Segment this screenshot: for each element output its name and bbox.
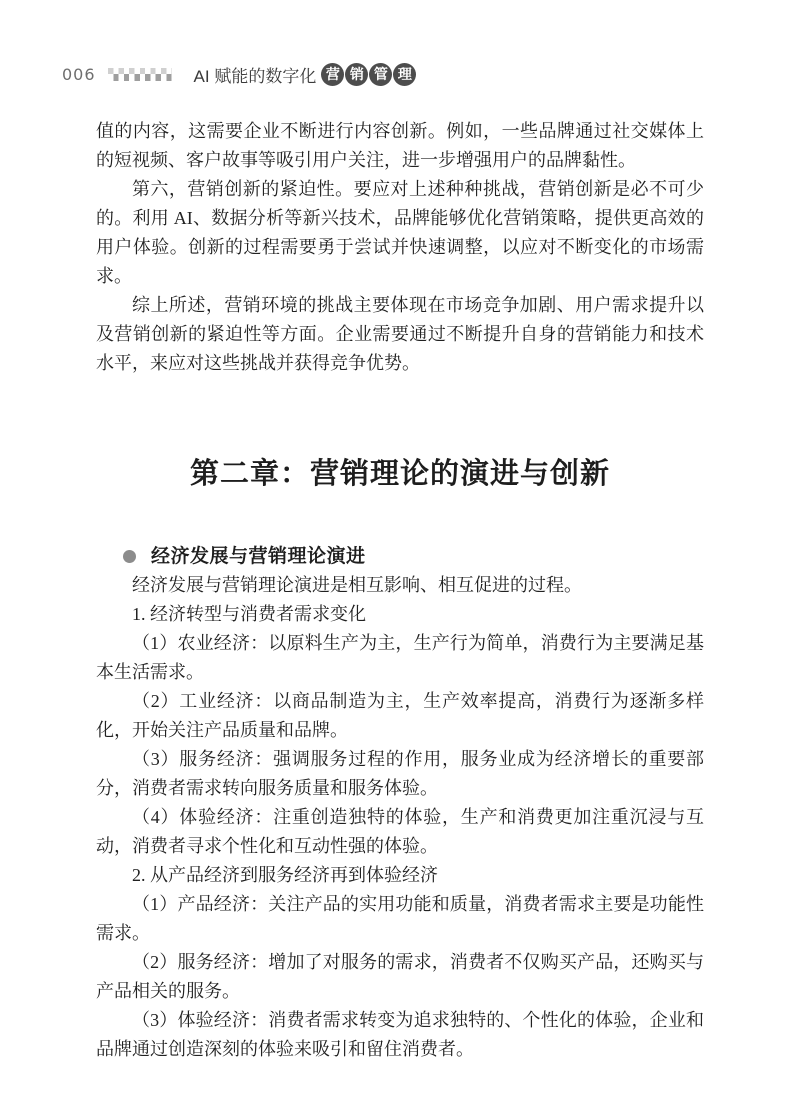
- section-paragraph: （1）农业经济：以原料生产为主，生产行为简单，消费行为主要满足基本生活需求。: [96, 629, 704, 687]
- book-page: 006 AI 赋能的数字化 营 销 管 理 值的内容，这需要企业不断进行内容创新…: [0, 0, 799, 1118]
- circled-char-icon: 销: [345, 63, 368, 86]
- section-list-heading: 1. 经济转型与消费者需求变化: [96, 600, 704, 629]
- page-header: 006 AI 赋能的数字化 营 销 管 理: [62, 62, 416, 86]
- intro-paragraph: 综上所述，营销环境的挑战主要体现在市场竞争加剧、用户需求提升以及营销创新的紧迫性…: [96, 291, 704, 378]
- section-paragraph: （2）工业经济：以商品制造为主，生产效率提高，消费行为逐渐多样化，开始关注产品质…: [96, 687, 704, 745]
- circled-char-icon: 营: [321, 63, 344, 86]
- chapter-title: 第二章：营销理论的演进与创新: [96, 456, 704, 492]
- section-heading: 经济发展与营销理论演进: [96, 542, 704, 571]
- page-content: 值的内容，这需要企业不断进行内容创新。例如，一些品牌通过社交媒体上的短视频、客户…: [96, 117, 704, 1064]
- checkerboard-decoration-icon: [108, 68, 172, 81]
- running-title-badges: 营 销 管 理: [320, 63, 416, 86]
- section-paragraph: （3）体验经济：消费者需求转变为追求独特的、个性化的体验，企业和品牌通过创造深刻…: [96, 1006, 704, 1064]
- circled-char-icon: 管: [369, 63, 392, 86]
- page-number: 006: [62, 65, 96, 84]
- intro-paragraph: 值的内容，这需要企业不断进行内容创新。例如，一些品牌通过社交媒体上的短视频、客户…: [96, 117, 704, 175]
- running-title: AI 赋能的数字化 营 销 管 理: [194, 62, 417, 87]
- section-paragraph: 经济发展与营销理论演进是相互影响、相互促进的过程。: [96, 571, 704, 600]
- section-list-heading: 2. 从产品经济到服务经济再到体验经济: [96, 861, 704, 890]
- section-paragraph: （3）服务经济：强调服务过程的作用，服务业成为经济增长的重要部分，消费者需求转向…: [96, 745, 704, 803]
- section-heading-text: 经济发展与营销理论演进: [151, 542, 366, 571]
- bullet-icon: [123, 550, 136, 563]
- running-title-text: AI 赋能的数字化: [194, 62, 317, 87]
- section-paragraph: （4）体验经济：注重创造独特的体验，生产和消费更加注重沉浸与互动，消费者寻求个性…: [96, 803, 704, 861]
- circled-char-icon: 理: [393, 63, 416, 86]
- intro-paragraph: 第六，营销创新的紧迫性。要应对上述种种挑战，营销创新是必不可少的。利用 AI、数…: [96, 175, 704, 291]
- section-paragraph: （1）产品经济：关注产品的实用功能和质量，消费者需求主要是功能性需求。: [96, 890, 704, 948]
- section-paragraph: （2）服务经济：增加了对服务的需求，消费者不仅购买产品，还购买与产品相关的服务。: [96, 948, 704, 1006]
- checker-row-bottom: [108, 74, 172, 81]
